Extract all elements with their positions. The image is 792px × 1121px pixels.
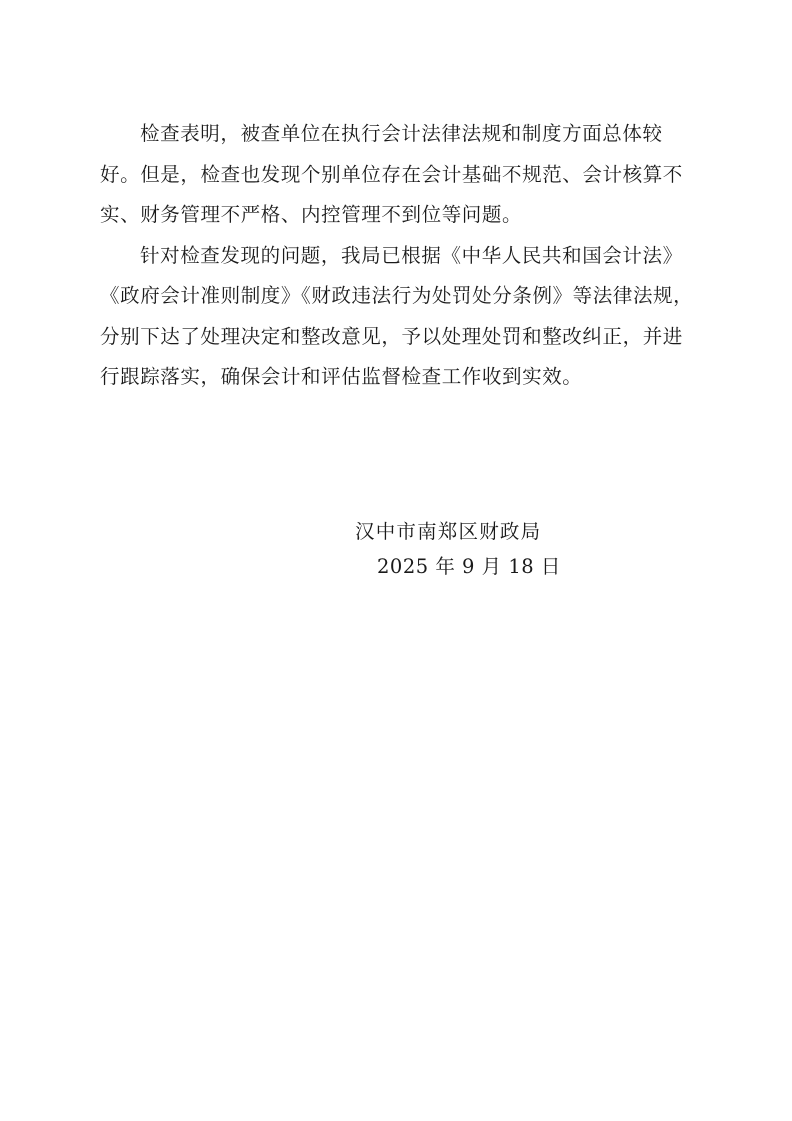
issuing-organization: 汉中市南郑区财政局	[355, 514, 561, 549]
text-line: 分别下达了处理决定和整改意见，予以处理处罚和整改纠正，并进	[100, 317, 706, 358]
text-line: 《政府会计准则制度》《财政违法行为处罚处分条例》等法律法规，	[100, 276, 706, 317]
text-line: 好。但是，检查也发现个别单位存在会计基础不规范、会计核算不	[100, 155, 706, 196]
text-line: 实、财务管理不严格、内控管理不到位等问题。	[100, 195, 706, 236]
signature-block: 汉中市南郑区财政局 2025 年 9 月 18 日	[355, 514, 561, 584]
text-line: 针对检查发现的问题，我局已根据《中华人民共和国会计法》	[100, 236, 706, 277]
document-page: 检查表明，被查单位在执行会计法律法规和制度方面总体较 好。但是，检查也发现个别单…	[0, 0, 792, 1121]
paragraph-inspection-findings: 检查表明，被查单位在执行会计法律法规和制度方面总体较 好。但是，检查也发现个别单…	[100, 114, 706, 236]
text-line: 检查表明，被查单位在执行会计法律法规和制度方面总体较	[100, 114, 706, 155]
paragraph-corrective-actions: 针对检查发现的问题，我局已根据《中华人民共和国会计法》 《政府会计准则制度》《财…	[100, 236, 706, 398]
issue-date: 2025 年 9 月 18 日	[355, 549, 561, 584]
document-body: 检查表明，被查单位在执行会计法律法规和制度方面总体较 好。但是，检查也发现个别单…	[100, 114, 706, 398]
text-line: 行跟踪落实，确保会计和评估监督检查工作收到实效。	[100, 357, 706, 398]
